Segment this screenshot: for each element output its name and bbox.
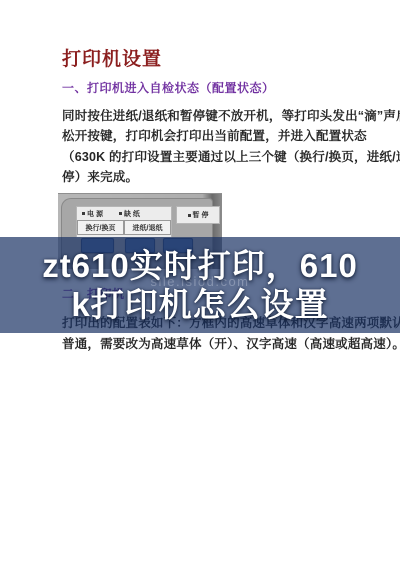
- banner-text: zt610实时打印，610 k打印机怎么设置: [0, 237, 400, 333]
- linefeed-key-label: 换行/换页: [77, 220, 124, 235]
- section2-line-2: 普通，需要改为高速草体（开）、汉字高速（高速或超高速）。: [62, 334, 362, 352]
- power-indicator: 电 源: [82, 209, 103, 219]
- indicator-label-strip: 电 源 缺 纸 换行/换页 进纸/退纸: [76, 206, 172, 238]
- power-indicator-label: 电 源: [87, 209, 103, 219]
- paper-out-led-icon: [119, 212, 122, 215]
- paper-out-indicator: 缺 纸: [119, 209, 140, 219]
- section1-heading: 一、打印机进入自检状态（配置状态）: [62, 79, 275, 96]
- pause-indicator-label: 暂 停: [193, 210, 209, 220]
- page-title: 打印机设置: [62, 44, 162, 71]
- banner-line-2: k打印机怎么设置: [71, 285, 328, 324]
- key-label-row: 换行/换页 进纸/退纸: [77, 220, 171, 235]
- section1-line-4: 停）来完成。: [62, 167, 362, 185]
- section1-line-2: 松开按键，打印机会打印出当前配置，并进入配置状态: [62, 126, 362, 144]
- article-page: 打印机设置 一、打印机进入自检状态（配置状态） 同时按住进纸/退纸和暂停键不放开…: [0, 0, 400, 566]
- section1-line-3: （630K 的打印设置主要通过以上三个键（换行/换页，进纸/退纸，暂: [62, 147, 362, 165]
- headline-banner: sile.isiod.com zt610实时打印，610 k打印机怎么设置: [0, 237, 400, 333]
- pause-indicator: 暂 停: [176, 206, 220, 224]
- pause-led-icon: [188, 214, 191, 217]
- section1-line-1: 同时按住进纸/退纸和暂停键不放开机，等打印头发出“滴”声后归位，: [62, 106, 362, 124]
- paperfeed-key-label: 进纸/退纸: [124, 220, 171, 235]
- led-row: 电 源 缺 纸: [77, 207, 171, 220]
- power-led-icon: [82, 212, 85, 215]
- paper-out-indicator-label: 缺 纸: [124, 209, 140, 219]
- banner-line-1: zt610实时打印，610: [42, 246, 358, 285]
